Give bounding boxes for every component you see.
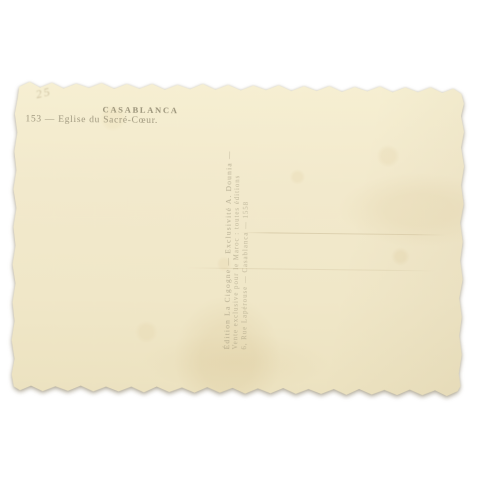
crease-line-upper	[240, 232, 446, 236]
postcard-city-title: CASABLANCA	[103, 104, 179, 115]
pencil-price-note: 25	[34, 84, 53, 102]
postcard-caption: 153 — Eglise du Sacré-Cœur.	[25, 114, 158, 126]
aging-stain	[140, 331, 331, 393]
postcard: 25 CASABLANCA 153 — Eglise du Sacré-Cœur…	[10, 79, 466, 398]
photo-background: 25 CASABLANCA 153 — Eglise du Sacré-Cœur…	[0, 0, 480, 480]
publisher-imprint: Édition La Cigogne — Exclusivité A. Doun…	[223, 119, 253, 349]
imprint-line-3: 6, Rue Lapérouse — Casablanca — 1558	[241, 120, 253, 350]
postcard-back: 25 CASABLANCA 153 — Eglise du Sacré-Cœur…	[10, 79, 466, 398]
